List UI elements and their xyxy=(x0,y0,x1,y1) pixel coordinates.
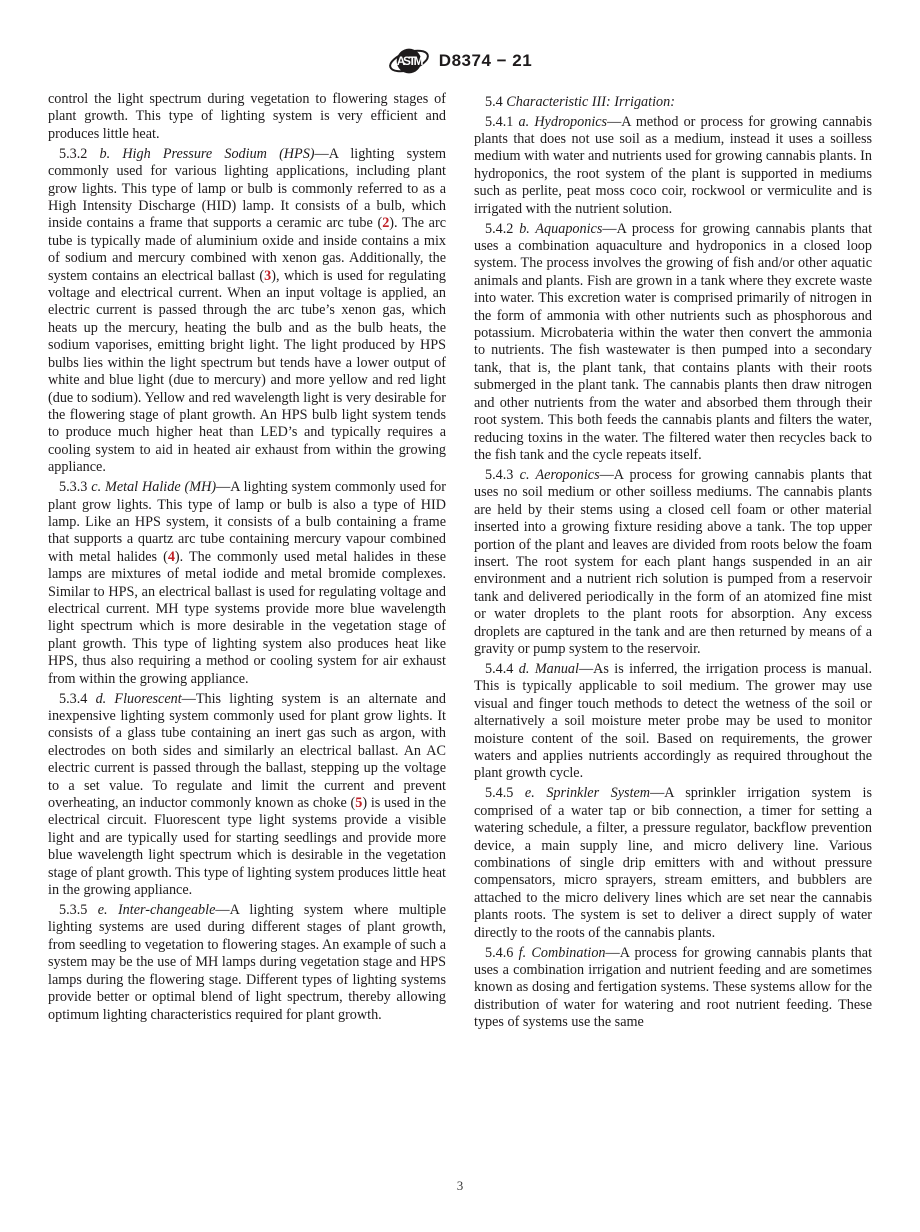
text-segment: 5.3.4 xyxy=(59,691,96,707)
text-segment: ). The commonly used metal halides in th… xyxy=(48,549,446,687)
left-column: control the light spectrum during vegeta… xyxy=(48,91,446,1032)
paragraph: 5.3.3 c. Metal Halide (MH)—A lighting sy… xyxy=(48,477,446,688)
paragraph: 5.4.3 c. Aeroponics—A process for growin… xyxy=(474,464,872,658)
text-segment: —A process for growing cannabis plants t… xyxy=(474,467,872,657)
text-segment: control the light spectrum during vegeta… xyxy=(48,91,446,142)
section-title-text: Characteristic III: Irrigation: xyxy=(506,94,675,110)
paragraph: 5.3.4 d. Fluorescent—This lighting syste… xyxy=(48,688,446,899)
reference-link[interactable]: 4 xyxy=(168,549,175,565)
text-segment: 5.4.2 xyxy=(485,221,519,237)
page-header: ASTM D8374 − 21 xyxy=(0,44,920,78)
text-segment: —This lighting system is an alternate an… xyxy=(48,691,446,811)
page-footer: 3 xyxy=(0,1178,920,1194)
paragraph: 5.4.1 a. Hydroponics—A method or process… xyxy=(474,111,872,218)
paragraph: control the light spectrum during vegeta… xyxy=(48,91,446,143)
section-title-text: a. Hydroponics xyxy=(519,114,608,130)
text-segment: —A process for growing cannabis plants t… xyxy=(474,221,872,463)
right-column: 5.4 Characteristic III: Irrigation:5.4.1… xyxy=(474,91,872,1032)
text-segment: —A sprinkler irrigation system is compri… xyxy=(474,785,872,940)
text-segment: 5.4.3 xyxy=(485,467,520,483)
section-title-text: d. Manual xyxy=(519,661,579,677)
section-title-text: d. Fluorescent xyxy=(96,691,182,707)
text-segment: 5.3.5 xyxy=(59,902,98,918)
astm-logo-icon: ASTM xyxy=(388,44,430,78)
section-title-text: c. Aeroponics xyxy=(520,467,600,483)
page-number: 3 xyxy=(457,1178,464,1193)
section-title-text: b. High Pressure Sodium (HPS) xyxy=(100,146,315,162)
section-title-text: e. Inter-changeable xyxy=(98,902,216,918)
paragraph: 5.4.2 b. Aquaponics—A process for growin… xyxy=(474,218,872,464)
section-title-text: b. Aquaponics xyxy=(519,221,602,237)
paragraph: 5.3.5 e. Inter-changeable—A lighting sys… xyxy=(48,899,446,1023)
text-segment: ), which is used for regulating voltage … xyxy=(48,268,446,475)
text-segment: —As is inferred, the irrigation process … xyxy=(474,661,872,781)
document-designation: D8374 − 21 xyxy=(439,51,532,71)
text-segment: 5.4.5 xyxy=(485,785,525,801)
text-segment: 5.4.6 xyxy=(485,945,519,961)
text-segment: 5.4.1 xyxy=(485,114,519,130)
text-segment: 5.3.3 xyxy=(59,479,91,495)
text-segment: 5.4.4 xyxy=(485,661,519,677)
paragraph: 5.4 Characteristic III: Irrigation: xyxy=(474,91,872,111)
text-segment: —A lighting system where multiple lighti… xyxy=(48,902,446,1022)
section-title-text: c. Metal Halide (MH) xyxy=(91,479,216,495)
paragraph: 5.4.6 f. Combination—A process for growi… xyxy=(474,942,872,1032)
paragraph: 5.4.4 d. Manual—As is inferred, the irri… xyxy=(474,658,872,782)
text-segment: 5.4 xyxy=(485,94,506,110)
paragraph: 5.4.5 e. Sprinkler System—A sprinkler ir… xyxy=(474,783,872,942)
section-title-text: f. Combination xyxy=(519,945,606,961)
text-segment: 5.3.2 xyxy=(59,146,100,162)
document-page: ASTM D8374 − 21 control the light spectr… xyxy=(0,0,920,1232)
svg-text:ASTM: ASTM xyxy=(397,54,424,68)
paragraph: 5.3.2 b. High Pressure Sodium (HPS)—A li… xyxy=(48,143,446,476)
text-body: control the light spectrum during vegeta… xyxy=(48,91,872,1032)
section-title-text: e. Sprinkler System xyxy=(525,785,650,801)
